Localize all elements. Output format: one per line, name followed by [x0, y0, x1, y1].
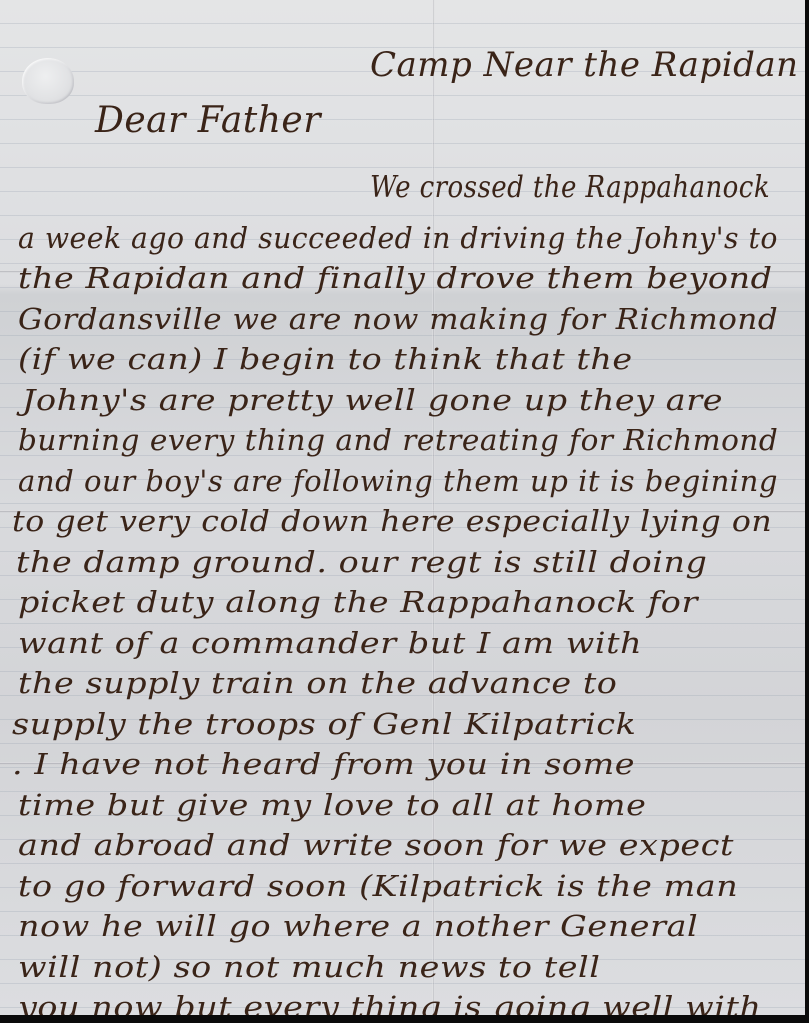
letter-line: and our boy's are following them up it i… — [18, 464, 778, 498]
letter-line: Johny's are pretty well gone up they are — [22, 383, 723, 417]
letter-line: the Rapidan and finally drove them beyon… — [18, 261, 773, 295]
letter-line: time but give my love to all at home — [18, 788, 646, 822]
letter-line: now he will go where a nother General — [18, 909, 698, 943]
letter-line: burning every thing and retreating for R… — [18, 423, 778, 457]
letter-salutation: Dear Father — [95, 100, 321, 141]
letter-line: picket duty along the Rappahanock for — [18, 585, 698, 619]
letter-line: to get very cold down here especially ly… — [12, 504, 772, 538]
letter-line: and abroad and write soon for we expect — [18, 828, 734, 862]
letter-line: (if we can) I begin to think that the — [18, 342, 633, 376]
letter-heading: Camp Near the Rapidan — [370, 45, 799, 85]
letter-line: the damp ground. our regt is still doing — [16, 545, 707, 579]
letter-line: supply the troops of Genl Kilpatrick — [12, 707, 636, 741]
embossed-stationery-seal-icon — [22, 58, 74, 104]
letter-line: We crossed the Rappahanock — [370, 170, 770, 205]
letter-page: Camp Near the Rapidan Dear Father We cro… — [0, 0, 805, 1015]
letter-line: the supply train on the advance to — [18, 666, 617, 700]
letter-line: you now but every thing is going well wi… — [18, 990, 762, 1015]
letter-line: want of a commander but I am with — [18, 626, 642, 660]
letter-line: Gordansville we are now making for Richm… — [18, 302, 778, 336]
letter-line: to go forward soon (Kilpatrick is the ma… — [18, 869, 738, 903]
letter-line: . I have not heard from you in some — [12, 747, 635, 781]
letter-line: will not) so not much news to tell — [18, 950, 601, 984]
letter-line: a week ago and succeeded in driving the … — [18, 221, 778, 255]
